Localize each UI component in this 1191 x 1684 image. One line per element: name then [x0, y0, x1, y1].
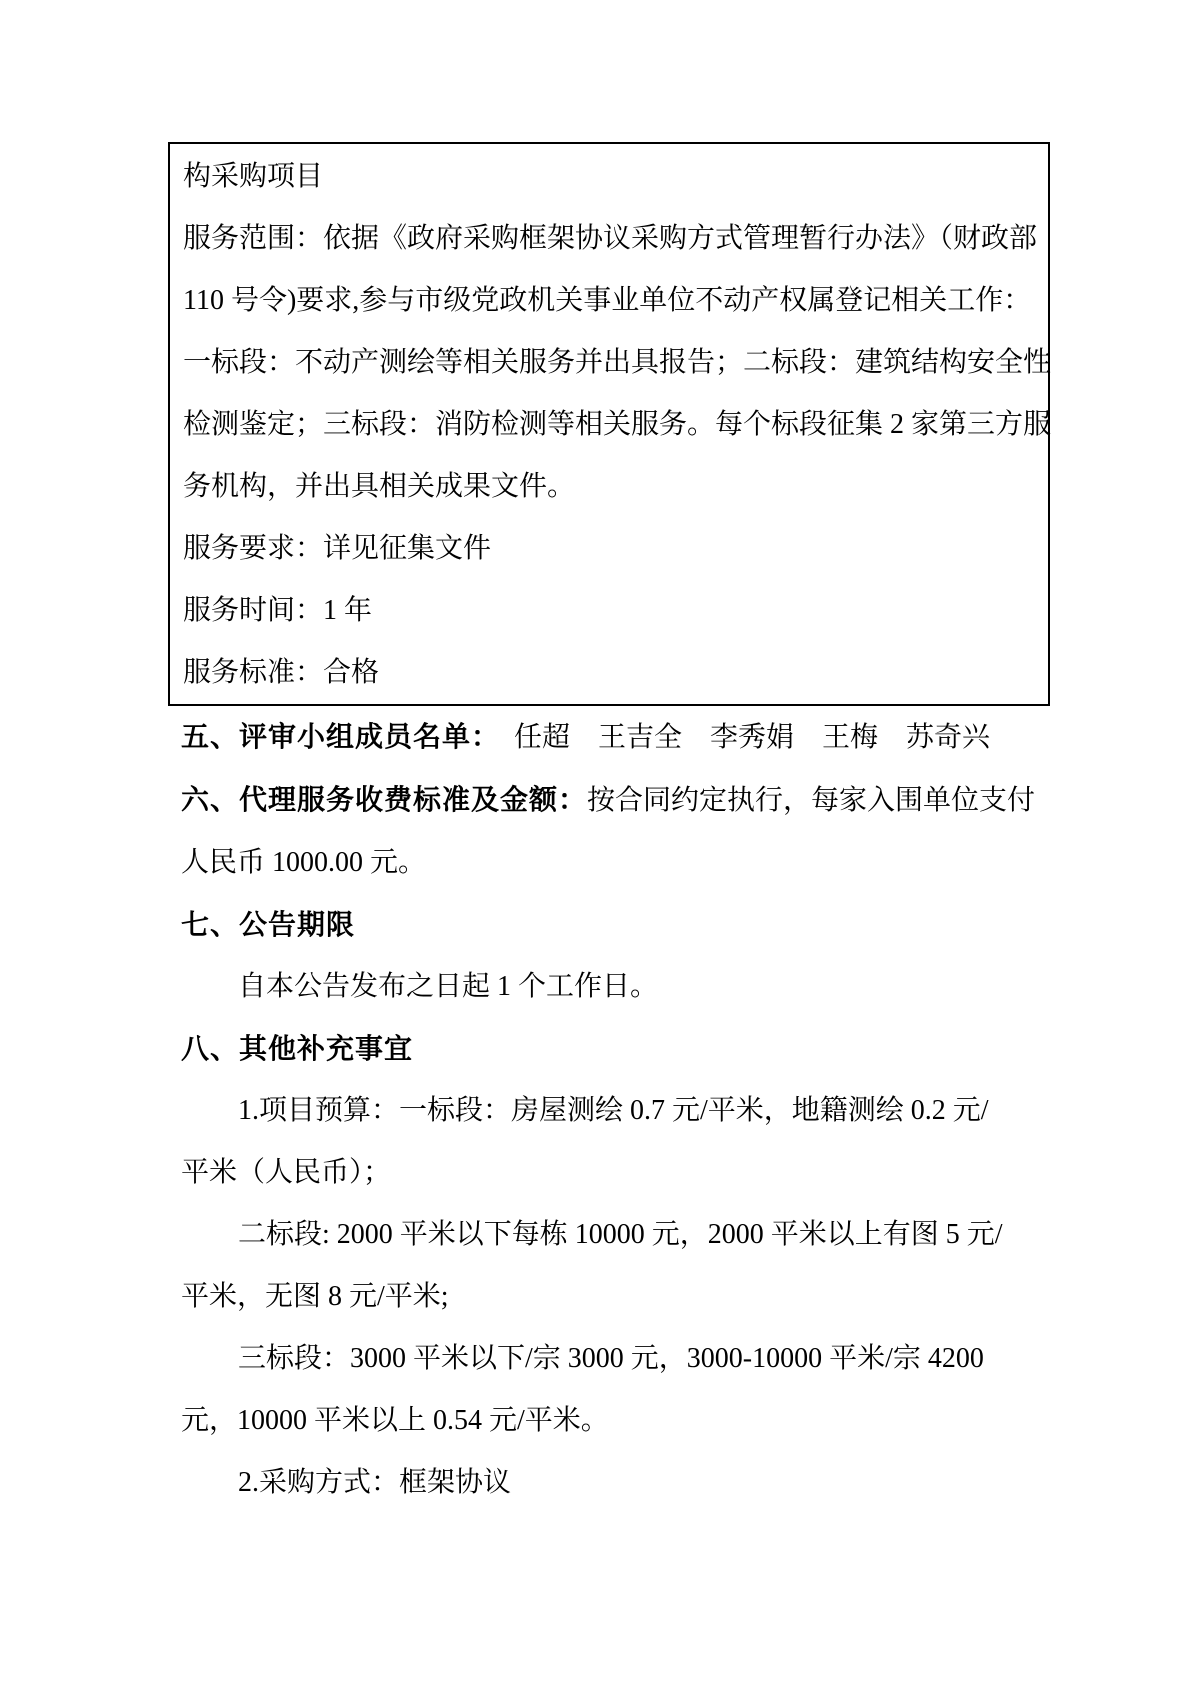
section-six-heading: 六、代理服务收费标准及金额：	[181, 784, 587, 815]
section-seven-heading: 七、公告期限	[181, 894, 1191, 956]
agency-fee-amount-line-text: 人民币 1000.00 元。	[181, 832, 1191, 894]
budget-section-one-line: 1.项目预算：一标段：房屋测绘 0.7 元/平米，地籍测绘 0.2 元/	[181, 1080, 1191, 1142]
budget-section-two-continuation: 平米，无图 8 元/平米;	[181, 1266, 1191, 1328]
box-line-service-scope: 服务范围：依据《政府采购框架协议采购方式管理暂行办法》（财政部	[183, 208, 1035, 270]
section-six-line: 六、代理服务收费标准及金额：按合同约定执行，每家入围单位支付	[181, 769, 1191, 832]
box-line-service-standard: 服务标准：合格	[183, 642, 1035, 704]
section-eight-heading: 八、其他补充事宜	[181, 1018, 1191, 1080]
budget-section-three-continuation: 元，10000 平米以上 0.54 元/平米。	[181, 1390, 1191, 1452]
box-line-service-time: 服务时间：1 年	[183, 580, 1035, 642]
document-page: 构采购项目 服务范围：依据《政府采购框架协议采购方式管理暂行办法》（财政部 11…	[0, 0, 1191, 1684]
budget-section-one-continuation: 平米（人民币）；	[181, 1142, 1191, 1204]
review-panel-members: 任超 王吉全 李秀娟 王梅 苏奇兴	[500, 722, 990, 753]
agency-fee-text: 按合同约定执行，每家入围单位支付	[587, 785, 1035, 816]
procurement-method-line: 2.采购方式：框架协议	[181, 1452, 1191, 1514]
box-line: 务机构，并出具相关成果文件。	[183, 456, 1035, 518]
announcement-period-line: 自本公告发布之日起 1 个工作日。	[181, 956, 1191, 1018]
box-line-service-requirement: 服务要求：详见征集文件	[183, 518, 1035, 580]
document-content: 构采购项目 服务范围：依据《政府采购框架协议采购方式管理暂行办法》（财政部 11…	[0, 142, 1191, 1514]
box-line: 构采购项目	[183, 146, 1035, 208]
box-line: 110 号令)要求,参与市级党政机关事业单位不动产权属登记相关工作：	[183, 270, 1035, 332]
section-five-line: 五、评审小组成员名单： 任超 王吉全 李秀娟 王梅 苏奇兴	[181, 706, 1191, 769]
box-line: 检测鉴定；三标段：消防检测等相关服务。每个标段征集 2 家第三方服	[183, 394, 1035, 456]
budget-section-two-line: 二标段: 2000 平米以下每栋 10000 元，2000 平米以上有图 5 元…	[181, 1204, 1191, 1266]
box-line: 一标段：不动产测绘等相关服务并出具报告；二标段：建筑结构安全性	[183, 332, 1035, 394]
section-five-heading: 五、评审小组成员名单：	[181, 721, 500, 752]
content-box: 构采购项目 服务范围：依据《政府采购框架协议采购方式管理暂行办法》（财政部 11…	[168, 142, 1050, 706]
budget-section-three-line: 三标段：3000 平米以下/宗 3000 元，3000-10000 平米/宗 4…	[181, 1328, 1191, 1390]
